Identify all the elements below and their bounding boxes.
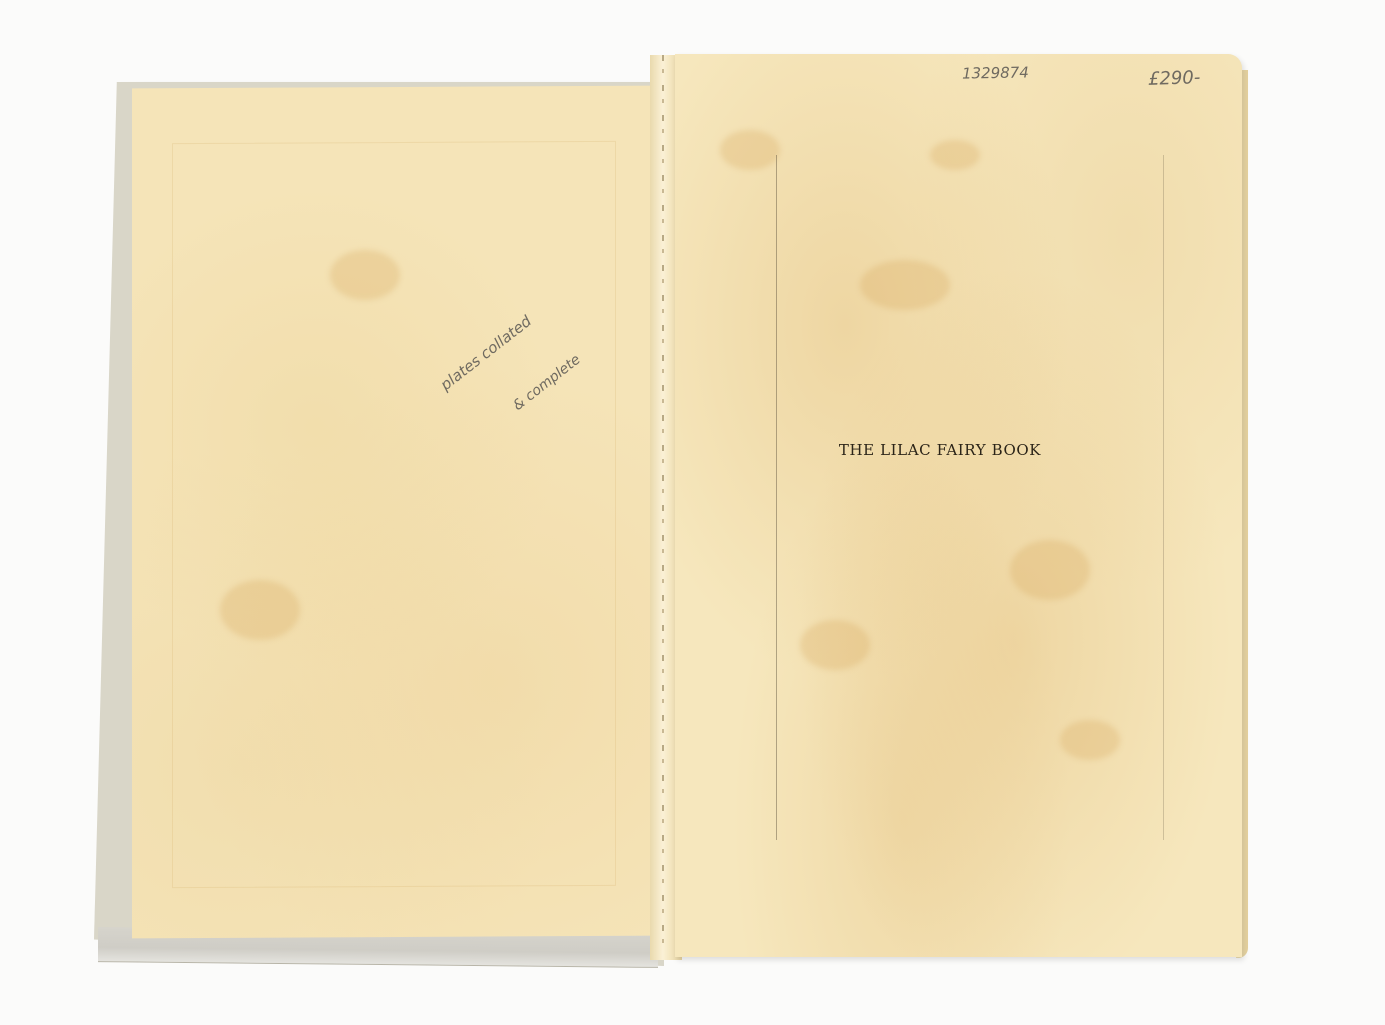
- page-rule-right: [1163, 155, 1164, 840]
- page-rule-left: [776, 155, 777, 840]
- pencil-price: £290-: [1148, 67, 1201, 90]
- book-title: THE LILAC FAIRY BOOK: [790, 441, 1090, 459]
- foxing-spot: [220, 580, 300, 640]
- left-pastedown-page: [132, 86, 656, 939]
- pastedown-ghost-border: [172, 141, 616, 888]
- foxing-spot: [1060, 720, 1120, 760]
- right-title-page: [675, 54, 1242, 957]
- foxing-spot: [800, 620, 870, 670]
- book-photo: THE LILAC FAIRY BOOK 1329874 £290- plate…: [0, 0, 1385, 1025]
- foxing-spot: [860, 260, 950, 310]
- hinge-crack: [662, 55, 664, 955]
- foxing-spot: [330, 250, 400, 300]
- foxing-spot: [930, 140, 980, 170]
- foxing-spot: [720, 130, 780, 170]
- pencil-catalog-number: 1329874: [962, 63, 1029, 82]
- foxing-spot: [1010, 540, 1090, 600]
